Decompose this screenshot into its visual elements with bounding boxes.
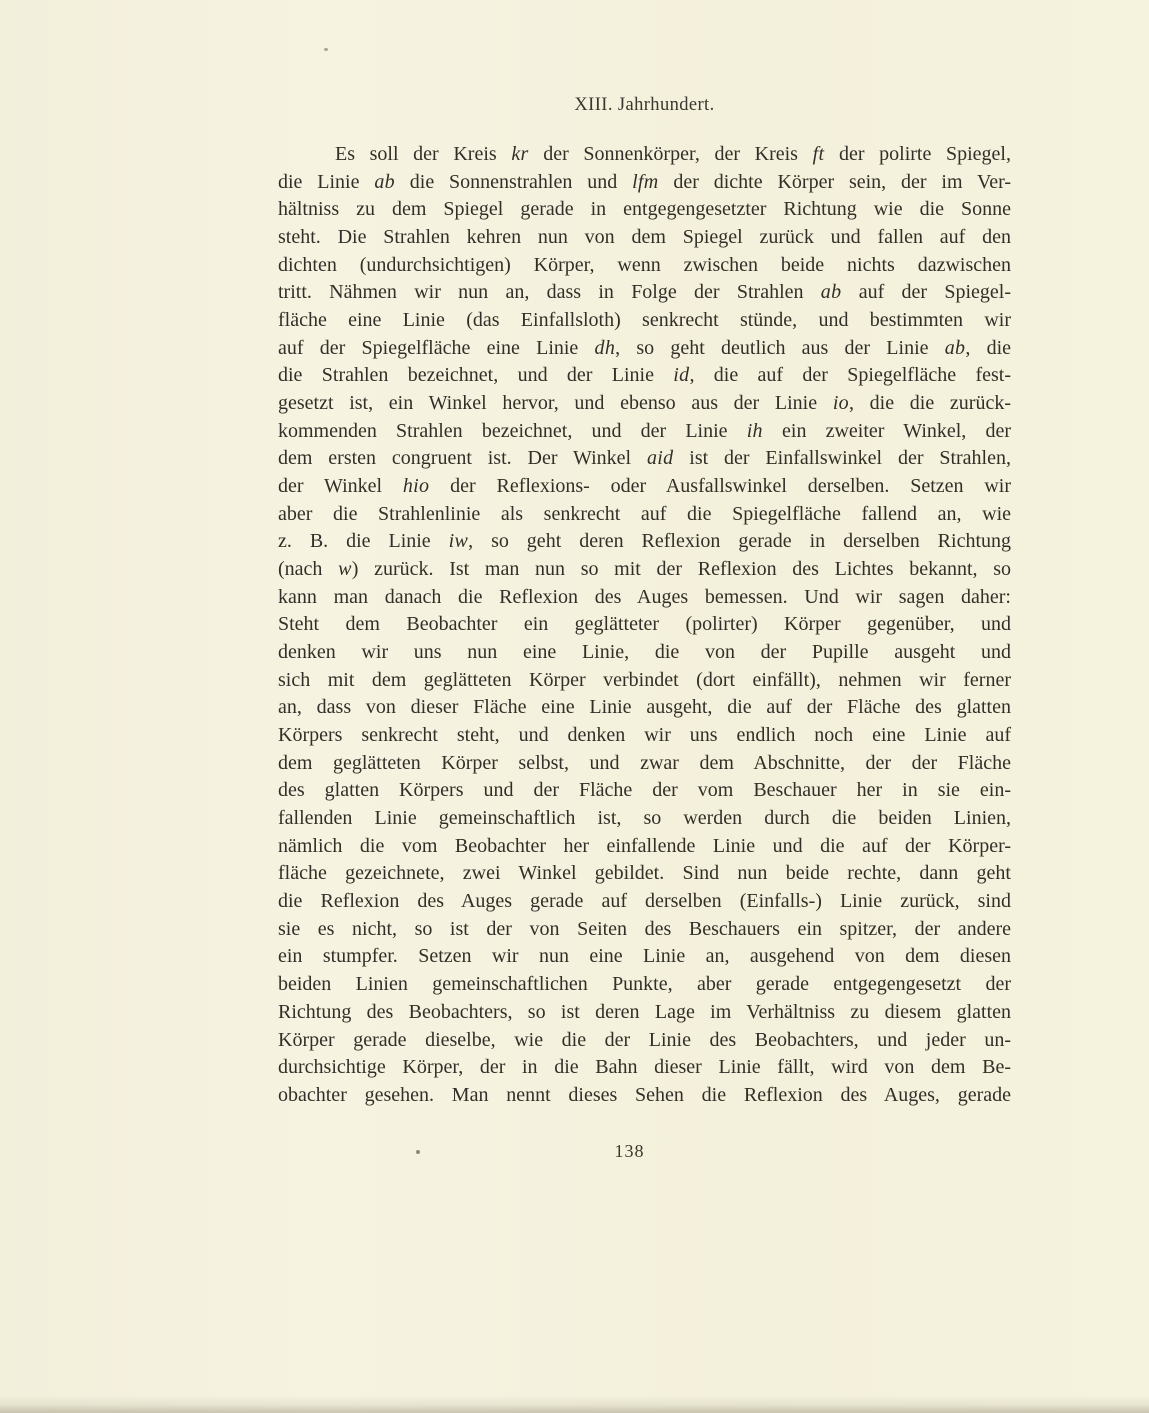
- text-line: ein stumpfer. Setzen wir nun eine Linie …: [278, 943, 1011, 971]
- text-line: obachter gesehen. Man nennt dieses Sehen…: [278, 1082, 1011, 1110]
- text-line: beiden Linien gemeinschaftlichen Punkte,…: [278, 971, 1011, 999]
- running-header: XIII. Jahrhundert.: [278, 95, 1011, 116]
- text-line: an, dass von dieser Fläche eine Linie au…: [278, 694, 1011, 722]
- text-line: sich mit dem geglätteten Körper verbinde…: [278, 667, 1011, 695]
- text-line: z. B. die Linie iw, so geht deren Reflex…: [278, 528, 1011, 556]
- text-line: Es soll der Kreis kr der Sonnenkörper, d…: [278, 141, 1011, 169]
- text-line: kann man danach die Reflexion des Auges …: [278, 584, 1011, 612]
- scanned-book-page: XIII. Jahrhundert. Es soll der Kreis kr …: [0, 0, 1149, 1413]
- text-line: des glatten Körpers und der Fläche der v…: [278, 777, 1011, 805]
- text-line: hältniss zu dem Spiegel gerade in entgeg…: [278, 196, 1011, 224]
- text-line: nämlich die vom Beobachter her einfallen…: [278, 833, 1011, 861]
- text-line: fläche eine Linie (das Einfallsloth) sen…: [278, 307, 1011, 335]
- paper-speck: [324, 48, 328, 51]
- text-line: gesetzt ist, ein Winkel hervor, und eben…: [278, 390, 1011, 418]
- text-line: steht. Die Strahlen kehren nun von dem S…: [278, 224, 1011, 252]
- text-line: dem geglätteten Körper selbst, und zwar …: [278, 750, 1011, 778]
- text-line: dichten (undurchsichtigen) Körper, wenn …: [278, 252, 1011, 280]
- text-line: sie es nicht, so ist der von Seiten des …: [278, 916, 1011, 944]
- text-line: Körpers senkrecht steht, und denken wir …: [278, 722, 1011, 750]
- text-line: die Linie ab die Sonnenstrahlen und lfm …: [278, 169, 1011, 197]
- text-line: die Reflexion des Auges gerade auf derse…: [278, 888, 1011, 916]
- text-line: der Winkel hio der Reflexions- oder Ausf…: [278, 473, 1011, 501]
- text-line: Richtung des Beobachters, so ist deren L…: [278, 999, 1011, 1027]
- text-line: aber die Strahlenlinie als senkrecht auf…: [278, 501, 1011, 529]
- text-line: dem ersten congruent ist. Der Winkel aid…: [278, 445, 1011, 473]
- text-line: (nach w) zurück. Ist man nun so mit der …: [278, 556, 1011, 584]
- text-line: fläche gezeichnete, zwei Winkel gebildet…: [278, 860, 1011, 888]
- text-line: auf der Spiegelfläche eine Linie dh, so …: [278, 335, 1011, 363]
- text-line: durchsichtige Körper, der in die Bahn di…: [278, 1054, 1011, 1082]
- text-line: tritt. Nähmen wir nun an, dass in Folge …: [278, 279, 1011, 307]
- scan-edge-shadow: [0, 1395, 1149, 1413]
- paper-speck: [416, 1150, 420, 1154]
- text-line: denken wir uns nun eine Linie, die von d…: [278, 639, 1011, 667]
- text-line: Steht dem Beobachter ein geglätteter (po…: [278, 611, 1011, 639]
- text-line: fallenden Linie gemeinschaftlich ist, so…: [278, 805, 1011, 833]
- text-line: die Strahlen bezeichnet, und der Linie i…: [278, 362, 1011, 390]
- paragraph-block: Es soll der Kreis kr der Sonnenkörper, d…: [278, 141, 1011, 1110]
- page-number: 138: [263, 1141, 996, 1162]
- text-line: Körper gerade dieselbe, wie die der Lini…: [278, 1027, 1011, 1055]
- text-line: kommenden Strahlen bezeichnet, und der L…: [278, 418, 1011, 446]
